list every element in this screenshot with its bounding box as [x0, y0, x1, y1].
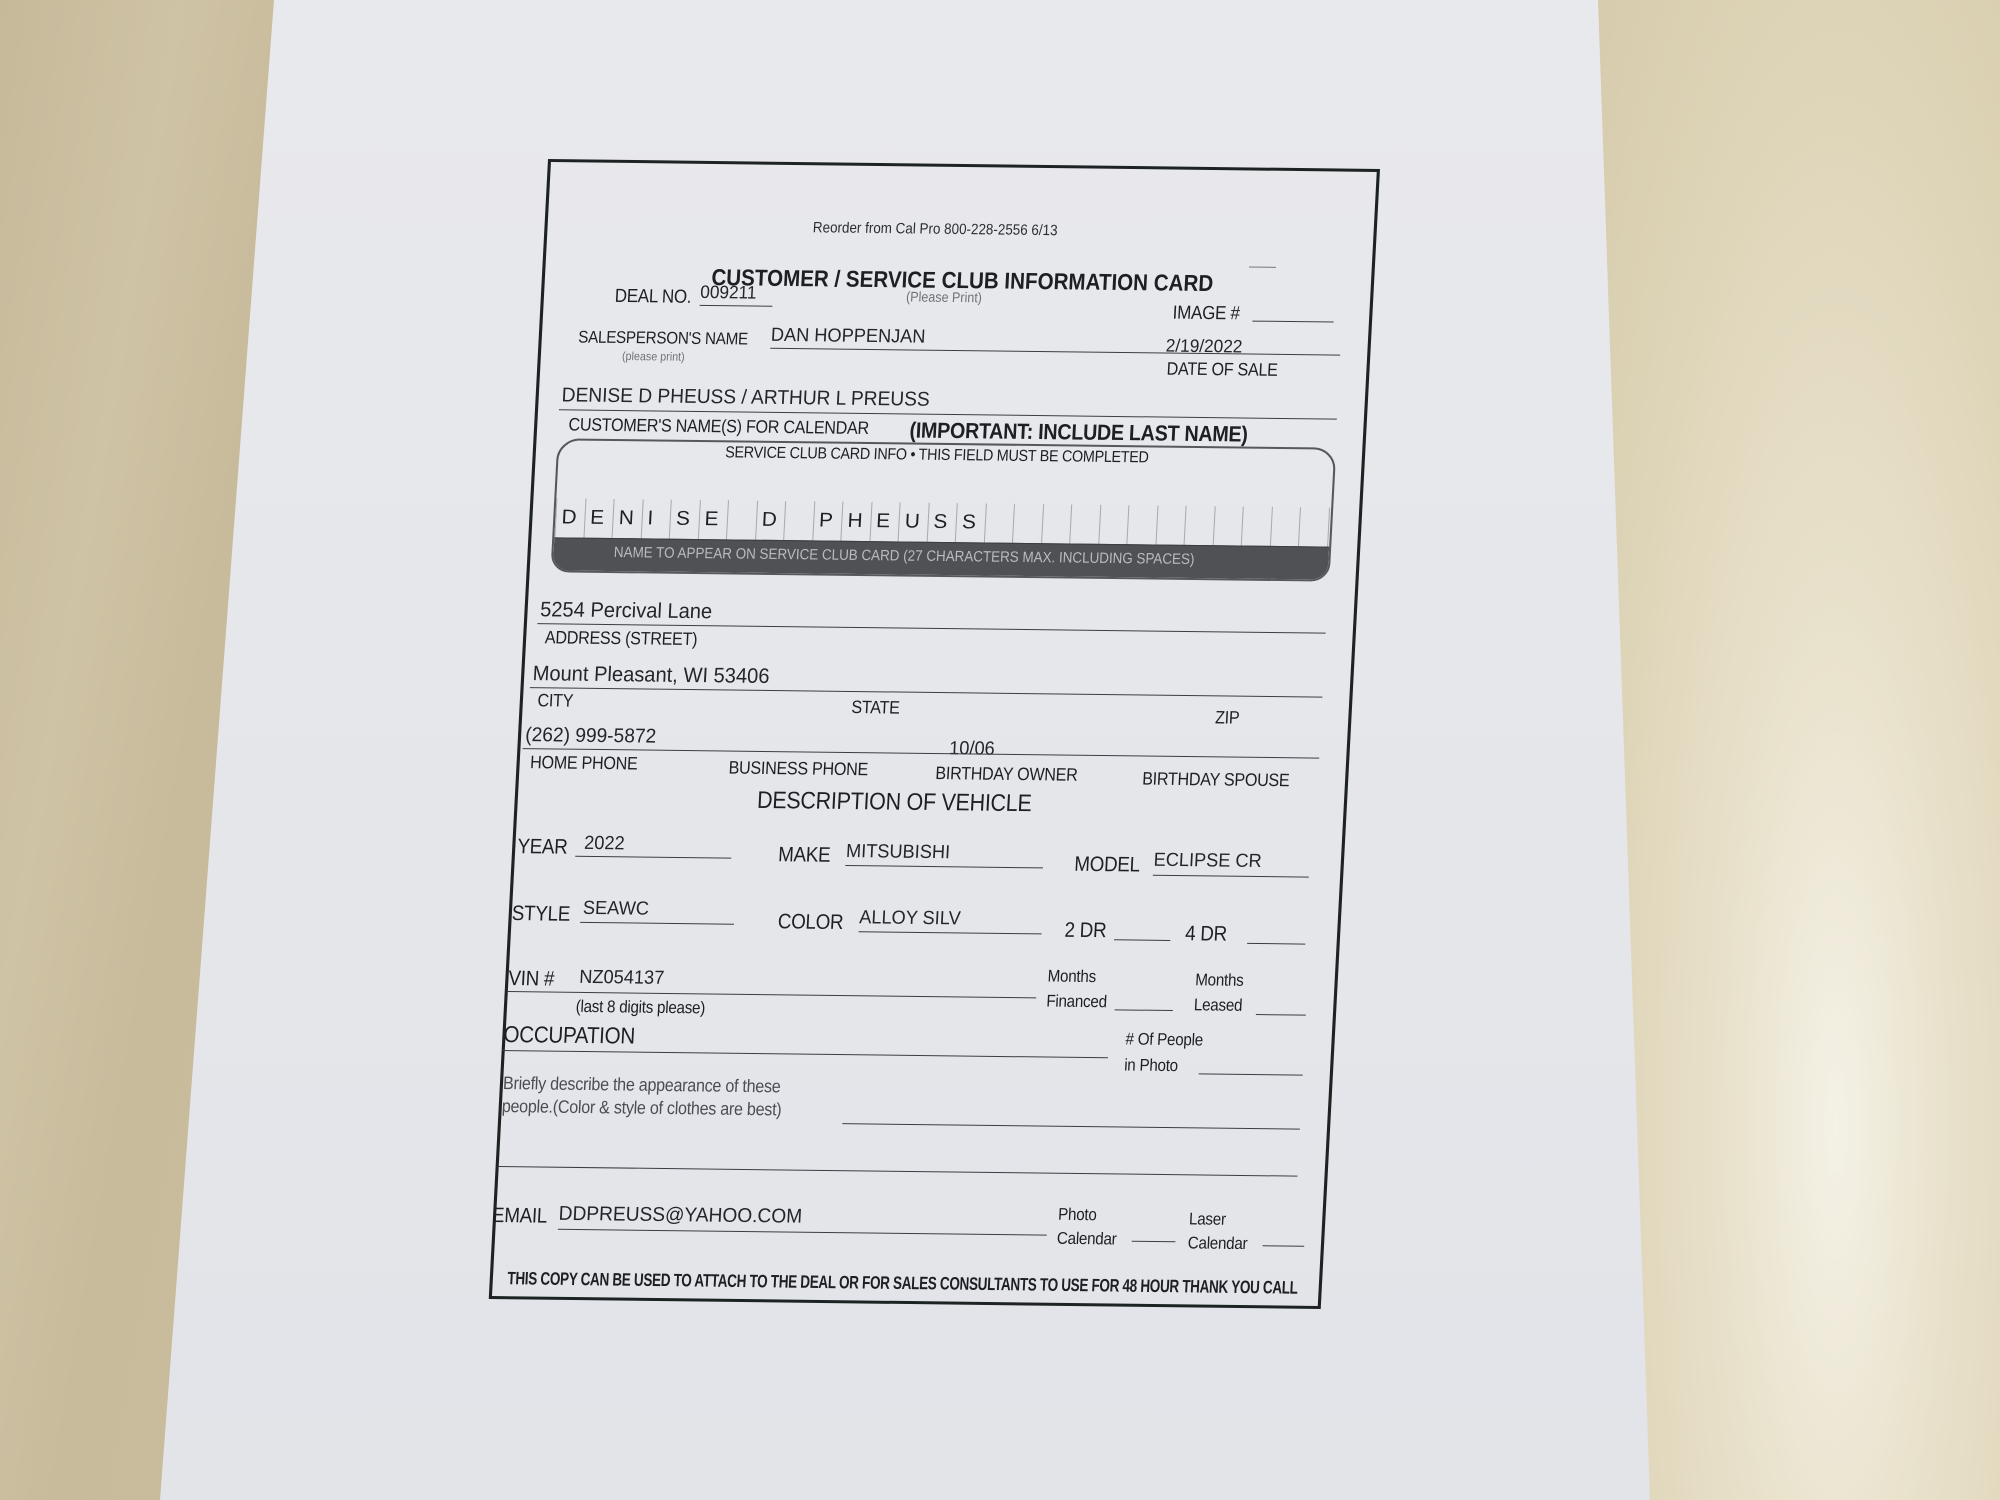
- desk-surface: [1590, 0, 2000, 1500]
- occupation-label: OCCUPATION: [503, 1021, 636, 1050]
- home-phone-value[interactable]: (262) 999-5872: [525, 724, 657, 749]
- email-underline: [558, 1229, 1047, 1236]
- address-label: ADDRESS (STREET): [544, 627, 697, 650]
- people-in-photo-label-top: # Of People: [1125, 1029, 1203, 1050]
- service-club-character: S: [675, 508, 690, 531]
- photo-calendar-field[interactable]: [1132, 1241, 1176, 1243]
- two-door-label: 2 DR: [1064, 919, 1107, 944]
- please-print-note: (Please Print): [906, 288, 983, 305]
- appearance-label-line1: Briefly describe the appearance of these: [503, 1073, 782, 1097]
- model-underline: [1153, 875, 1309, 878]
- character-box-divider: [1126, 505, 1129, 545]
- character-box-divider: [955, 503, 958, 543]
- character-box-divider: [726, 500, 729, 540]
- service-club-character: E: [704, 508, 719, 531]
- zip-label: ZIP: [1215, 707, 1240, 728]
- city-state-zip-value[interactable]: Mount Pleasant, WI 53406: [532, 662, 770, 689]
- year-underline: [575, 856, 731, 859]
- form-footer-note: THIS COPY CAN BE USED TO ATTACH TO THE D…: [507, 1268, 1298, 1298]
- character-box-divider: [1155, 506, 1158, 546]
- character-box-divider: [1298, 507, 1301, 547]
- laser-calendar-field[interactable]: [1263, 1245, 1305, 1247]
- color-label: COLOR: [777, 910, 844, 935]
- deal-no-value[interactable]: 009211: [700, 282, 757, 304]
- service-club-character: D: [561, 506, 577, 529]
- laser-calendar-label-top: Laser: [1189, 1209, 1227, 1229]
- character-box-divider: [1241, 507, 1244, 547]
- customer-service-club-card: Reorder from Cal Pro 800-228-2556 6/13 C…: [489, 159, 1380, 1309]
- months-leased-field[interactable]: [1256, 1014, 1306, 1016]
- email-label: EMAIL: [491, 1204, 547, 1229]
- character-box-divider: [926, 503, 929, 543]
- character-box-divider: [640, 499, 643, 539]
- months-financed-label-top: Months: [1047, 967, 1096, 988]
- style-value[interactable]: SEAWC: [582, 898, 649, 921]
- character-box-divider: [1269, 507, 1272, 547]
- email-value[interactable]: DDPREUSS@YAHOO.COM: [558, 1203, 803, 1229]
- service-club-character: U: [904, 511, 920, 534]
- salesperson-underline: [770, 348, 1340, 356]
- model-label: MODEL: [1074, 853, 1141, 878]
- customer-names-value[interactable]: DENISE D PHEUSS / ARTHUR L PREUSS: [561, 384, 930, 411]
- city-label: CITY: [537, 690, 574, 711]
- character-box-divider: [897, 502, 900, 542]
- service-club-character: E: [876, 510, 891, 533]
- character-box-divider: [840, 502, 843, 542]
- people-in-photo-field[interactable]: [1199, 1073, 1303, 1075]
- character-box-divider: [1212, 506, 1215, 546]
- service-club-character: S: [933, 511, 948, 534]
- salesperson-sublabel: (please print): [622, 349, 685, 364]
- state-label: STATE: [851, 697, 900, 719]
- home-phone-label: HOME PHONE: [530, 752, 638, 774]
- make-value[interactable]: MITSUBISHI: [845, 841, 950, 864]
- birthday-owner-label: BIRTHDAY OWNER: [935, 763, 1078, 786]
- appearance-field-line2[interactable]: [499, 1166, 1298, 1177]
- character-box-divider: [611, 499, 614, 539]
- character-box-divider: [983, 503, 986, 543]
- character-box-divider: [583, 499, 586, 539]
- image-no-field[interactable]: [1252, 321, 1333, 323]
- service-club-footer-note: NAME TO APPEAR ON SERVICE CLUB CARD (27 …: [613, 544, 1194, 568]
- appearance-label-line2: people.(Color & style of clothes are bes…: [501, 1096, 782, 1120]
- color-value[interactable]: ALLOY SILV: [859, 907, 962, 930]
- character-box-divider: [1326, 508, 1329, 548]
- occupation-field[interactable]: [503, 1050, 1108, 1058]
- character-box-divider: [669, 500, 672, 540]
- two-door-field[interactable]: [1114, 939, 1170, 941]
- service-club-header: SERVICE CLUB CARD INFO • THIS FIELD MUST…: [725, 444, 1149, 467]
- laser-calendar-label-bottom: Calendar: [1187, 1233, 1248, 1254]
- make-underline: [845, 865, 1043, 868]
- character-box-divider: [783, 501, 786, 541]
- birthday-spouse-label: BIRTHDAY SPOUSE: [1142, 769, 1290, 792]
- style-underline: [580, 922, 734, 925]
- vin-label: VIN #: [508, 967, 555, 992]
- people-in-photo-label-bottom: in Photo: [1124, 1055, 1179, 1076]
- customer-names-label: CUSTOMER'S NAME(S) FOR CALENDAR: [568, 414, 869, 439]
- character-box-divider: [1098, 505, 1101, 545]
- character-box-divider: [869, 502, 872, 542]
- months-leased-label-top: Months: [1195, 970, 1244, 991]
- model-value[interactable]: ECLIPSE CR: [1153, 850, 1262, 873]
- character-box-divider: [812, 501, 815, 541]
- months-financed-field[interactable]: [1115, 1009, 1173, 1011]
- character-box-divider: [1040, 504, 1043, 544]
- four-door-field[interactable]: [1247, 943, 1305, 945]
- character-box-divider: [1069, 505, 1072, 545]
- character-box-divider: [1183, 506, 1186, 546]
- appearance-field-line1[interactable]: [842, 1123, 1300, 1130]
- birthday-owner-value[interactable]: 10/06: [949, 738, 996, 761]
- reorder-line: Reorder from Cal Pro 800-228-2556 6/13: [812, 219, 1058, 239]
- months-leased-label-bottom: Leased: [1193, 995, 1242, 1016]
- service-club-character: I: [647, 507, 654, 530]
- deal-no-underline: [700, 305, 773, 307]
- photo-calendar-label-top: Photo: [1058, 1205, 1097, 1225]
- make-label: MAKE: [778, 843, 831, 868]
- vehicle-section-title: DESCRIPTION OF VEHICLE: [756, 787, 1032, 818]
- vin-value[interactable]: NZ054137: [579, 967, 665, 990]
- four-door-label: 4 DR: [1185, 922, 1228, 947]
- year-value[interactable]: 2022: [584, 833, 626, 855]
- character-box-divider: [754, 501, 757, 541]
- business-phone-label: BUSINESS PHONE: [728, 758, 868, 781]
- date-of-sale-label: DATE OF SALE: [1166, 359, 1278, 381]
- salesperson-label: SALESPERSON'S NAME: [578, 327, 749, 349]
- deal-no-label: DEAL NO.: [614, 286, 692, 309]
- character-box-divider: [1012, 504, 1015, 544]
- service-club-box: SERVICE CLUB CARD INFO • THIS FIELD MUST…: [550, 438, 1336, 581]
- year-label: YEAR: [517, 835, 568, 860]
- service-club-character: E: [590, 507, 605, 530]
- salesperson-value[interactable]: DAN HOPPENJAN: [770, 325, 926, 349]
- date-of-sale-value[interactable]: 2/19/2022: [1165, 336, 1243, 358]
- months-financed-label-bottom: Financed: [1046, 992, 1107, 1013]
- character-box-divider: [554, 498, 557, 538]
- vin-note: (last 8 digits please): [575, 997, 705, 1019]
- corner-mark: [1249, 266, 1276, 267]
- color-underline: [858, 931, 1041, 934]
- image-no-label: IMAGE #: [1172, 303, 1240, 326]
- address-value[interactable]: 5254 Percival Lane: [540, 598, 713, 624]
- city-underline: [530, 687, 1323, 698]
- character-box-divider: [697, 500, 700, 540]
- service-club-character: N: [618, 507, 634, 530]
- photo-calendar-label-bottom: Calendar: [1056, 1229, 1117, 1250]
- phones-underline: [523, 748, 1320, 759]
- style-label: STYLE: [511, 902, 570, 927]
- service-club-character: H: [847, 510, 863, 533]
- service-club-character: D: [761, 509, 777, 532]
- service-club-character: P: [818, 509, 833, 532]
- service-club-character: S: [961, 511, 976, 534]
